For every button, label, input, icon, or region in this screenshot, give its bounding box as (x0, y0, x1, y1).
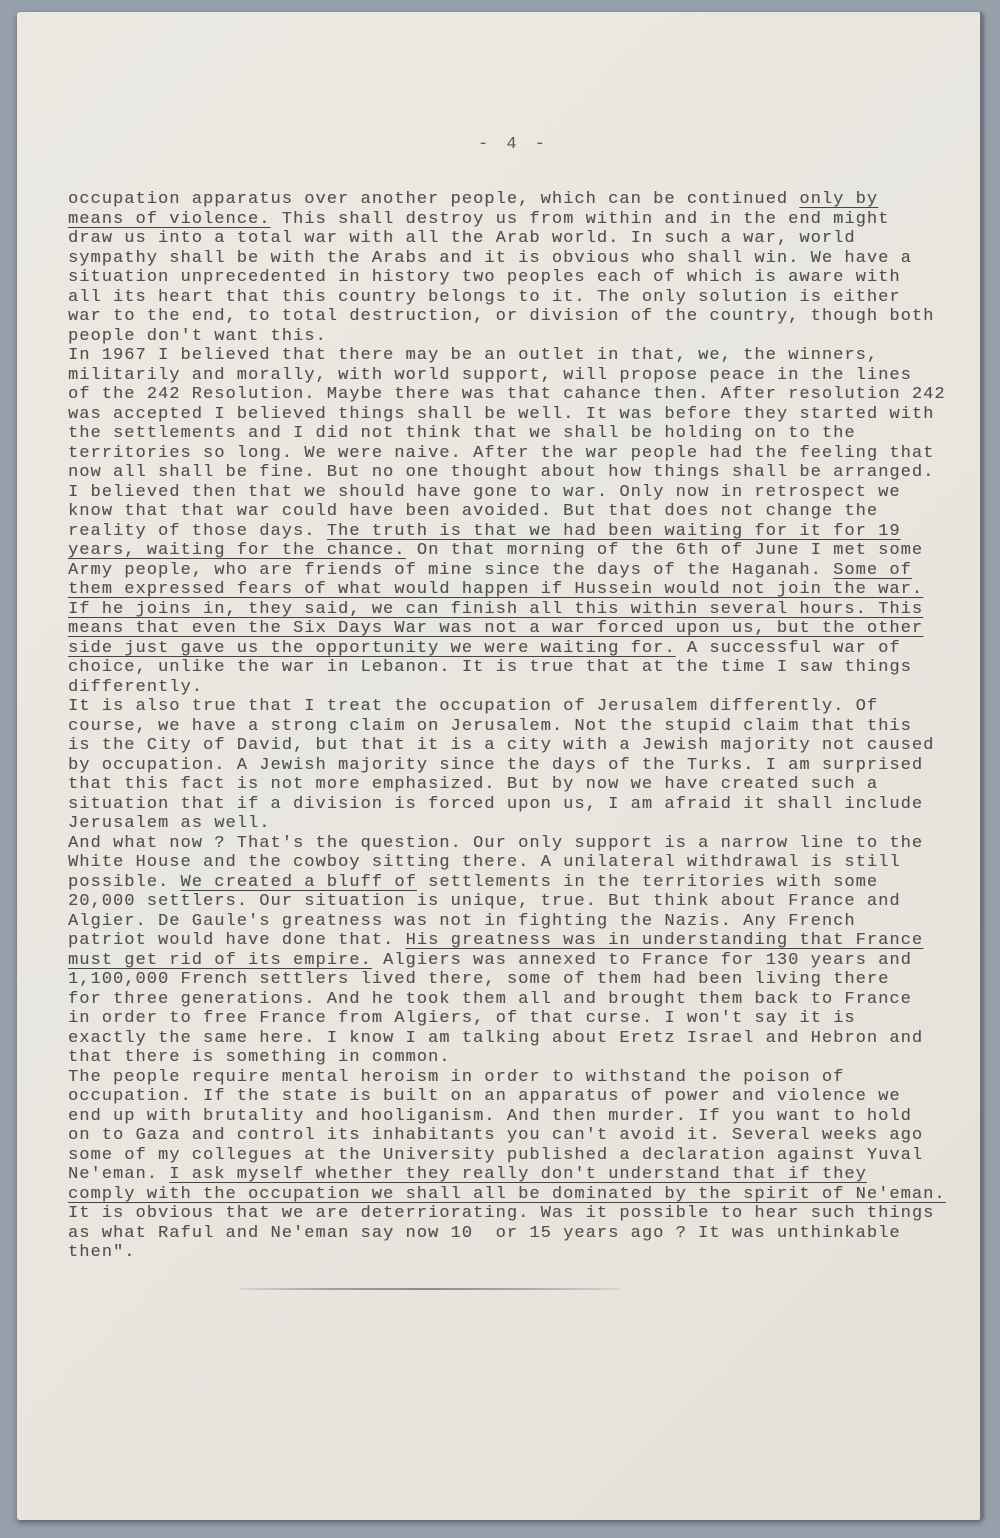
text-line: for three generations. And he took them … (68, 990, 946, 1010)
text-line: comply with the occupation we shall all … (68, 1185, 946, 1205)
text-line: is the City of David, but that it is a c… (68, 736, 946, 756)
text-segment: of the 242 Resolution. Maybe there was t… (68, 385, 946, 404)
text-segment: possible. (68, 873, 181, 892)
text-segment: reality of those days. (68, 522, 327, 541)
underlined-text-segment: only by (799, 190, 878, 209)
text-line: occupation. If the state is built on an … (68, 1087, 946, 1107)
text-line: Ne'eman. I ask myself whether they reall… (68, 1165, 946, 1185)
text-segment: This shall destroy us from within and in… (271, 210, 890, 229)
text-line: The people require mental heroism in ord… (68, 1068, 946, 1088)
text-line: some of my collegues at the University p… (68, 1146, 946, 1166)
text-segment: the settlements and I did not think that… (68, 424, 856, 443)
text-line: In 1967 I believed that there may be an … (68, 346, 946, 366)
underlined-text-segment: We created a bluff of (181, 873, 417, 892)
text-segment: all its heart that this country belongs … (68, 288, 901, 307)
text-segment: patriot would have done that. (68, 931, 406, 950)
text-segment: I believed then that we should have gone… (68, 483, 901, 502)
text-segment: territories so long. We were naive. Afte… (68, 444, 934, 463)
text-line: exactly the same here. I know I am talki… (68, 1029, 946, 1049)
text-line: means of violence. This shall destroy us… (68, 210, 946, 230)
underlined-text-segment: I ask myself whether they really don't u… (169, 1165, 867, 1184)
text-segment: end up with brutality and hooliganism. A… (68, 1107, 912, 1126)
text-segment: differently. (68, 678, 203, 697)
text-segment: 1,100,000 French settlers lived there, s… (68, 970, 889, 989)
text-segment: on to Gaza and control its inhabitants y… (68, 1126, 923, 1145)
text-line: that this fact is not more emphasized. B… (68, 775, 946, 795)
document-page: - 4 - occupation apparatus over another … (17, 12, 982, 1520)
text-segment: militarily and morally, with world suppo… (68, 366, 912, 385)
text-line: means that even the Six Days War was not… (68, 619, 946, 639)
text-line: And what now ? That's the question. Our … (68, 834, 946, 854)
text-line: 20,000 settlers. Our situation is unique… (68, 892, 946, 912)
underlined-text-segment: them expressed fears of what would happe… (68, 580, 923, 599)
text-line: the settlements and I did not think that… (68, 424, 946, 444)
text-line: by occupation. A Jewish majority since t… (68, 756, 946, 776)
underlined-text-segment: comply with the occupation we shall all … (68, 1185, 946, 1204)
text-segment: Algier. De Gaule's greatness was not in … (68, 912, 856, 931)
underlined-text-segment: side just gave us the opportunity we wer… (68, 639, 676, 658)
text-line: them expressed fears of what would happe… (68, 580, 946, 600)
text-line: situation that if a division is forced u… (68, 795, 946, 815)
text-line: in order to free France from Algiers, of… (68, 1009, 946, 1029)
text-line: militarily and morally, with world suppo… (68, 366, 946, 386)
text-segment: by occupation. A Jewish majority since t… (68, 756, 923, 775)
text-segment: And what now ? That's the question. Our … (68, 834, 923, 853)
text-segment: In 1967 I believed that there may be an … (68, 346, 878, 365)
pencil-mark (240, 1288, 620, 1290)
text-segment: Ne'eman. (68, 1165, 169, 1184)
text-line: I believed then that we should have gone… (68, 483, 946, 503)
text-segment: in order to free France from Algiers, of… (68, 1009, 856, 1028)
text-segment: exactly the same here. I know I am talki… (68, 1029, 923, 1048)
underlined-text-segment: must get rid of its empire. (68, 951, 372, 970)
text-line: know that that war could have been avoid… (68, 502, 946, 522)
text-segment: sympathy shall be with the Arabs and it … (68, 249, 912, 268)
page-number: - 4 - (478, 135, 549, 155)
text-segment: now all shall be fine. But no one though… (68, 463, 934, 482)
text-line: sympathy shall be with the Arabs and it … (68, 249, 946, 269)
text-line: end up with brutality and hooliganism. A… (68, 1107, 946, 1127)
text-segment: know that that war could have been avoid… (68, 502, 878, 521)
text-segment: then". (68, 1243, 136, 1262)
underlined-text-segment: years, waiting for the chance. (68, 541, 406, 560)
text-segment: is the City of David, but that it is a c… (68, 736, 934, 755)
text-segment: that there is something in common. (68, 1048, 451, 1067)
text-segment: It is also true that I treat the occupat… (68, 697, 878, 716)
underlined-text-segment: If he joins in, they said, we can finish… (68, 600, 923, 619)
text-line: then". (68, 1243, 946, 1263)
text-line: If he joins in, they said, we can finish… (68, 600, 946, 620)
text-line: It is obvious that we are deterriorating… (68, 1204, 946, 1224)
text-line: as what Raful and Ne'eman say now 10 or … (68, 1224, 946, 1244)
underlined-text-segment: Some of (833, 561, 912, 580)
text-line: war to the end, to total destruction, or… (68, 307, 946, 327)
text-line: now all shall be fine. But no one though… (68, 463, 946, 483)
text-segment: war to the end, to total destruction, or… (68, 307, 934, 326)
text-line: patriot would have done that. His greatn… (68, 931, 946, 951)
underlined-text-segment: His greatness was in understanding that … (406, 931, 924, 950)
text-segment: people don't want this. (68, 327, 327, 346)
text-line: was accepted I believed things shall be … (68, 405, 946, 425)
text-segment: choice, unlike the war in Lebanon. It is… (68, 658, 912, 677)
text-line: course, we have a strong claim on Jerusa… (68, 717, 946, 737)
text-segment: Jerusalem as well. (68, 814, 271, 833)
text-segment: some of my collegues at the University p… (68, 1146, 923, 1165)
text-line: 1,100,000 French settlers lived there, s… (68, 970, 946, 990)
text-line: choice, unlike the war in Lebanon. It is… (68, 658, 946, 678)
text-segment: as what Raful and Ne'eman say now 10 or … (68, 1224, 901, 1243)
underlined-text-segment: means of violence. (68, 210, 271, 229)
text-segment: White House and the cowboy sitting there… (68, 853, 901, 872)
text-segment: course, we have a strong claim on Jerusa… (68, 717, 912, 736)
text-segment: Army people, who are friends of mine sin… (68, 561, 833, 580)
text-line: occupation apparatus over another people… (68, 190, 946, 210)
underlined-text-segment: The truth is that we had been waiting fo… (327, 522, 901, 541)
text-line: years, waiting for the chance. On that m… (68, 541, 946, 561)
text-segment: 20,000 settlers. Our situation is unique… (68, 892, 901, 911)
text-line: situation unprecedented in history two p… (68, 268, 946, 288)
text-line: Army people, who are friends of mine sin… (68, 561, 946, 581)
text-segment: occupation. If the state is built on an … (68, 1087, 901, 1106)
text-segment: for three generations. And he took them … (68, 990, 912, 1009)
text-line: must get rid of its empire. Algiers was … (68, 951, 946, 971)
text-segment: was accepted I believed things shall be … (68, 405, 934, 424)
text-segment: occupation apparatus over another people… (68, 190, 799, 209)
typewritten-text: occupation apparatus over another people… (68, 190, 946, 1263)
text-segment: The people require mental heroism in ord… (68, 1068, 844, 1087)
text-line: territories so long. We were naive. Afte… (68, 444, 946, 464)
text-line: Jerusalem as well. (68, 814, 946, 834)
underlined-text-segment: means that even the Six Days War was not… (68, 619, 923, 638)
text-line: people don't want this. (68, 327, 946, 347)
text-segment: that this fact is not more emphasized. B… (68, 775, 878, 794)
text-line: of the 242 Resolution. Maybe there was t… (68, 385, 946, 405)
text-segment: It is obvious that we are deterriorating… (68, 1204, 934, 1223)
text-line: that there is something in common. (68, 1048, 946, 1068)
text-line: differently. (68, 678, 946, 698)
text-line: White House and the cowboy sitting there… (68, 853, 946, 873)
text-segment: draw us into a total war with all the Ar… (68, 229, 856, 248)
text-line: draw us into a total war with all the Ar… (68, 229, 946, 249)
text-line: possible. We created a bluff of settleme… (68, 873, 946, 893)
text-line: all its heart that this country belongs … (68, 288, 946, 308)
text-segment: situation unprecedented in history two p… (68, 268, 901, 287)
text-line: on to Gaza and control its inhabitants y… (68, 1126, 946, 1146)
text-line: It is also true that I treat the occupat… (68, 697, 946, 717)
text-line: Algier. De Gaule's greatness was not in … (68, 912, 946, 932)
text-segment: settlements in the territories with some (417, 873, 878, 892)
text-line: reality of those days. The truth is that… (68, 522, 946, 542)
text-segment: Algiers was annexed to France for 130 ye… (372, 951, 912, 970)
text-segment: A successful war of (676, 639, 901, 658)
text-line: side just gave us the opportunity we wer… (68, 639, 946, 659)
text-segment: situation that if a division is forced u… (68, 795, 923, 814)
text-segment: On that morning of the 6th of June I met… (406, 541, 924, 560)
